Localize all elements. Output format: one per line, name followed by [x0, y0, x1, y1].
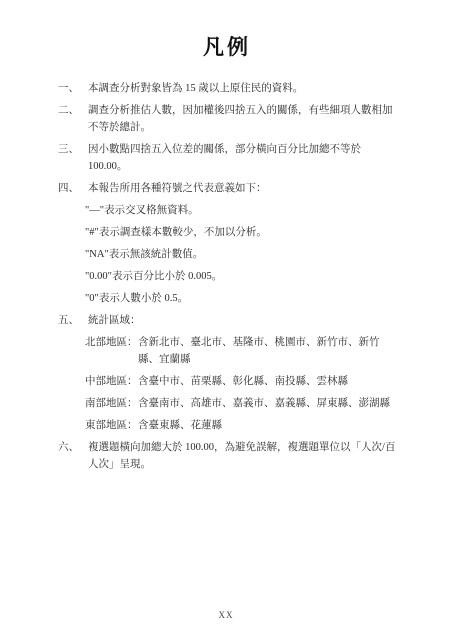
item-text: 本調查分析對象皆為 15 歲以上原住民的資料。 [88, 80, 396, 97]
region-label: 中部地區： [85, 373, 138, 390]
region-definitions: 北部地區： 含新北市、臺北市、基隆市、桃園市、新竹市、新竹縣、宜蘭縣 中部地區：… [85, 334, 396, 434]
legend-item-5: 五、 統計區域： [58, 312, 396, 329]
symbol-notes: "—"表示交叉格無資料。 "#"表示調查樣本數較少，不加以分析。 "NA"表示無… [85, 202, 396, 307]
item-text: 調查分析推估人數，因加權後四捨五入的關係，有些細項人數相加不等於總計。 [88, 102, 396, 136]
region-content: 含新北市、臺北市、基隆市、桃園市、新竹市、新竹縣、宜蘭縣 [138, 334, 396, 368]
region-east: 東部地區： 含臺東縣、花蓮縣 [85, 417, 396, 434]
page-title: 凡例 [58, 34, 396, 60]
item-marker: 二、 [58, 102, 88, 119]
item-marker: 五、 [58, 312, 88, 329]
legend-item-4: 四、 本報告所用各種符號之代表意義如下： [58, 180, 396, 197]
item-text: 統計區域： [88, 312, 396, 329]
region-south: 南部地區： 含臺南市、高雄市、嘉義市、嘉義縣、屏東縣、澎湖縣 [85, 395, 396, 412]
legend-item-6: 六、 複選題橫向加總大於 100.00，為避免誤解，複選題單位以「人次/百人次」… [58, 439, 396, 473]
item-text: 本報告所用各種符號之代表意義如下： [88, 180, 396, 197]
item-marker: 四、 [58, 180, 88, 197]
region-content: 含臺中市、苗栗縣、彰化縣、南投縣、雲林縣 [138, 373, 396, 390]
region-label: 南部地區： [85, 395, 138, 412]
region-central: 中部地區： 含臺中市、苗栗縣、彰化縣、南投縣、雲林縣 [85, 373, 396, 390]
region-label: 北部地區： [85, 334, 138, 351]
region-content: 含臺南市、高雄市、嘉義市、嘉義縣、屏東縣、澎湖縣 [138, 395, 396, 412]
symbol-note-hash: "#"表示調查樣本數較少，不加以分析。 [85, 224, 396, 241]
legend-item-1: 一、 本調查分析對象皆為 15 歲以上原住民的資料。 [58, 80, 396, 97]
item-marker: 一、 [58, 80, 88, 97]
item-text: 複選題橫向加總大於 100.00，為避免誤解，複選題單位以「人次/百人次」呈現。 [88, 439, 396, 473]
symbol-note-na: "NA"表示無該統計數值。 [85, 246, 396, 263]
symbol-note-dash: "—"表示交叉格無資料。 [85, 202, 396, 219]
region-content: 含臺東縣、花蓮縣 [138, 417, 396, 434]
legend-item-2: 二、 調查分析推估人數，因加權後四捨五入的關係，有些細項人數相加不等於總計。 [58, 102, 396, 136]
region-label: 東部地區： [85, 417, 138, 434]
legend-item-3: 三、 因小數點四捨五入位差的關係，部分橫向百分比加總不等於 100.00。 [58, 141, 396, 175]
symbol-note-zero-percent: "0.00"表示百分比小於 0.005。 [85, 268, 396, 285]
page-number: XX [0, 610, 452, 620]
region-north: 北部地區： 含新北市、臺北市、基隆市、桃園市、新竹市、新竹縣、宜蘭縣 [85, 334, 396, 368]
item-marker: 三、 [58, 141, 88, 158]
document-page: 凡例 一、 本調查分析對象皆為 15 歲以上原住民的資料。 二、 調查分析推估人… [0, 0, 452, 640]
symbol-note-zero-count: "0"表示人數小於 0.5。 [85, 290, 396, 307]
page-content: 凡例 一、 本調查分析對象皆為 15 歲以上原住民的資料。 二、 調查分析推估人… [0, 0, 452, 473]
item-text: 因小數點四捨五入位差的關係，部分橫向百分比加總不等於 100.00。 [88, 141, 396, 175]
item-marker: 六、 [58, 439, 88, 456]
